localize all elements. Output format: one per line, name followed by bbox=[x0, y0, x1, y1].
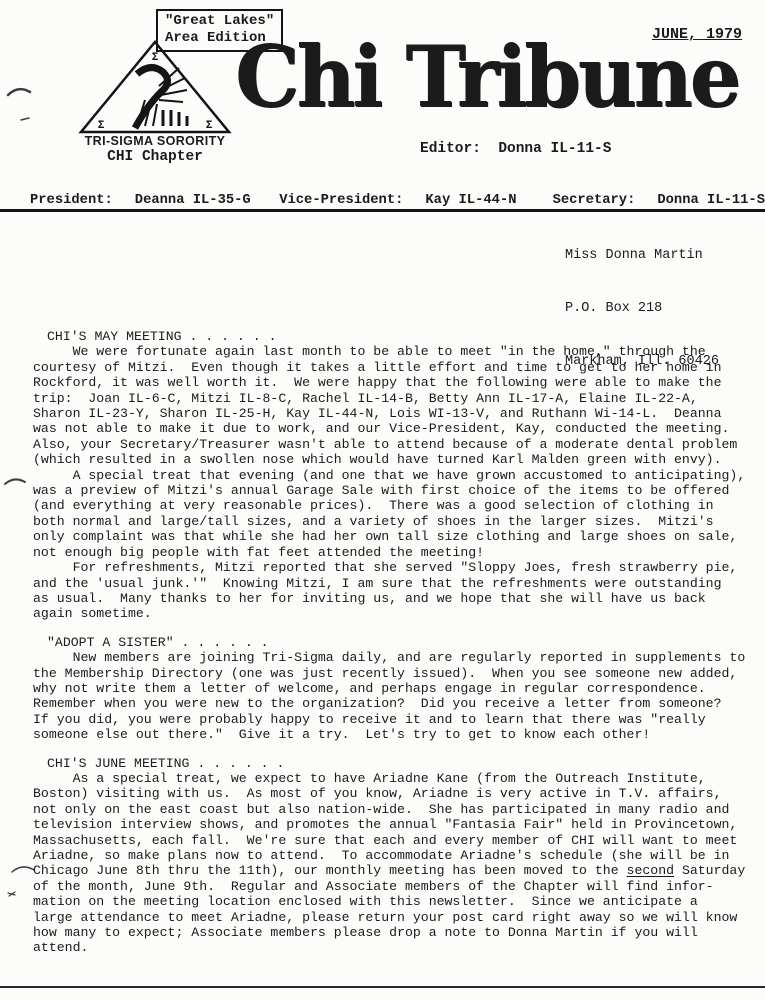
body-line: not only on the east coast but also nati… bbox=[33, 802, 757, 817]
logo-org-name: TRI-SIGMA SORORITY bbox=[70, 134, 240, 148]
body-line: A special treat that evening (and one th… bbox=[33, 468, 757, 483]
tri-sigma-triangle-emblem: Σ Σ Σ bbox=[75, 40, 235, 136]
scan-mark-bottom-left bbox=[0, 858, 45, 908]
body-line: large attendance to meet Ariadne, please… bbox=[33, 910, 757, 925]
body-line: Massachusetts, each fall. We're sure tha… bbox=[33, 833, 757, 848]
body-line: Sharon IL-23-Y, Sharon IL-25-H, Kay IL-4… bbox=[33, 406, 757, 421]
vice-president-name: Kay IL-44-N bbox=[425, 193, 516, 208]
body-line: was not able to make it due to work, and… bbox=[33, 421, 757, 436]
body-line: Remember when you were new to the organi… bbox=[33, 696, 757, 711]
sunburst-figure-icon bbox=[135, 67, 187, 128]
scan-mark-mid-left bbox=[0, 468, 40, 498]
body-line: As a special treat, we expect to have Ar… bbox=[33, 771, 757, 786]
body-line: television interview shows, and promotes… bbox=[33, 817, 757, 832]
body-line: why not write them a letter of welcome, … bbox=[33, 681, 757, 696]
body-line: If you did, you were probably happy to r… bbox=[33, 712, 757, 727]
sigma-left: Σ bbox=[98, 120, 105, 132]
officers-row: President:Deanna IL-35-G Vice-President:… bbox=[0, 193, 765, 208]
masthead-title: Chi Tribune bbox=[235, 26, 735, 130]
address-po-box: P.O. Box 218 bbox=[565, 300, 719, 318]
body-line: was a preview of Mitzi's annual Garage S… bbox=[33, 483, 757, 498]
body-line: how many to expect; Associate members pl… bbox=[33, 925, 757, 940]
body-line: someone else out there." Give it a try. … bbox=[33, 727, 757, 742]
body-line: Chicago June 8th thru the 11th), our mon… bbox=[33, 863, 757, 878]
secretary-name: Donna IL-11-S bbox=[657, 193, 765, 208]
president-label: President: bbox=[30, 193, 113, 208]
body-line: only complaint was that while she had he… bbox=[33, 529, 757, 544]
body-line: Also, your Secretary/Treasurer wasn't ab… bbox=[33, 437, 757, 452]
body-line: of the month, June 9th. Regular and Asso… bbox=[33, 879, 757, 894]
body-line: Ariadne, so make plans now to attend. To… bbox=[33, 848, 757, 863]
sigma-right: Σ bbox=[206, 120, 213, 132]
section-heading: CHI'S MAY MEETING . . . . . . bbox=[33, 329, 757, 344]
body-line: Rockford, it was well worth it. We were … bbox=[33, 375, 757, 390]
body-line: and the 'usual junk.'" Knowing Mitzi, I … bbox=[33, 576, 757, 591]
section-heading: CHI'S JUNE MEETING . . . . . . bbox=[33, 756, 757, 771]
body-line: trip: Joan IL-6-C, Mitzi IL-8-C, Rachel … bbox=[33, 391, 757, 406]
body-line: (which resulted in a swollen nose which … bbox=[33, 452, 757, 467]
body-line: both normal and large/tall sizes, and a … bbox=[33, 514, 757, 529]
body-line: For refreshments, Mitzi reported that sh… bbox=[33, 560, 757, 575]
newsletter-body: CHI'S MAY MEETING . . . . . . We were fo… bbox=[33, 329, 757, 956]
body-line: again sometime. bbox=[33, 606, 757, 621]
president-name: Deanna IL-35-G bbox=[135, 193, 251, 208]
chapter-logo: Σ Σ Σ TRI-SIGMA SORORITY CHI Chapter bbox=[70, 40, 240, 165]
body-line: attend. bbox=[33, 940, 757, 955]
body-line: courtesy of Mitzi. Even though it takes … bbox=[33, 360, 757, 375]
address-name: Miss Donna Martin bbox=[565, 247, 719, 265]
sigma-top: Σ bbox=[152, 52, 159, 64]
body-line: as usual. Many thanks to her for invitin… bbox=[33, 591, 757, 606]
secretary-label: Secretary: bbox=[553, 193, 636, 208]
body-line: the Membership Directory (one was just r… bbox=[33, 666, 757, 681]
body-line: not enough big people with fat feet atte… bbox=[33, 545, 757, 560]
body-line: We were fortunate again last month to be… bbox=[33, 344, 757, 359]
body-line: (and everything at very reasonable price… bbox=[33, 498, 757, 513]
section-heading: "ADOPT A SISTER" . . . . . . bbox=[33, 635, 757, 650]
scan-mark-top-left bbox=[0, 0, 50, 140]
vice-president-label: Vice-President: bbox=[279, 193, 403, 208]
logo-chapter-name: CHI Chapter bbox=[70, 149, 240, 165]
body-line: New members are joining Tri-Sigma daily,… bbox=[33, 650, 757, 665]
footer-rule bbox=[0, 986, 765, 988]
body-line: mation on the meeting location enclosed … bbox=[33, 894, 757, 909]
editor-line: Editor: Donna IL-11-S bbox=[420, 141, 611, 157]
body-line: Boston) visiting with us. As most of you… bbox=[33, 786, 757, 801]
